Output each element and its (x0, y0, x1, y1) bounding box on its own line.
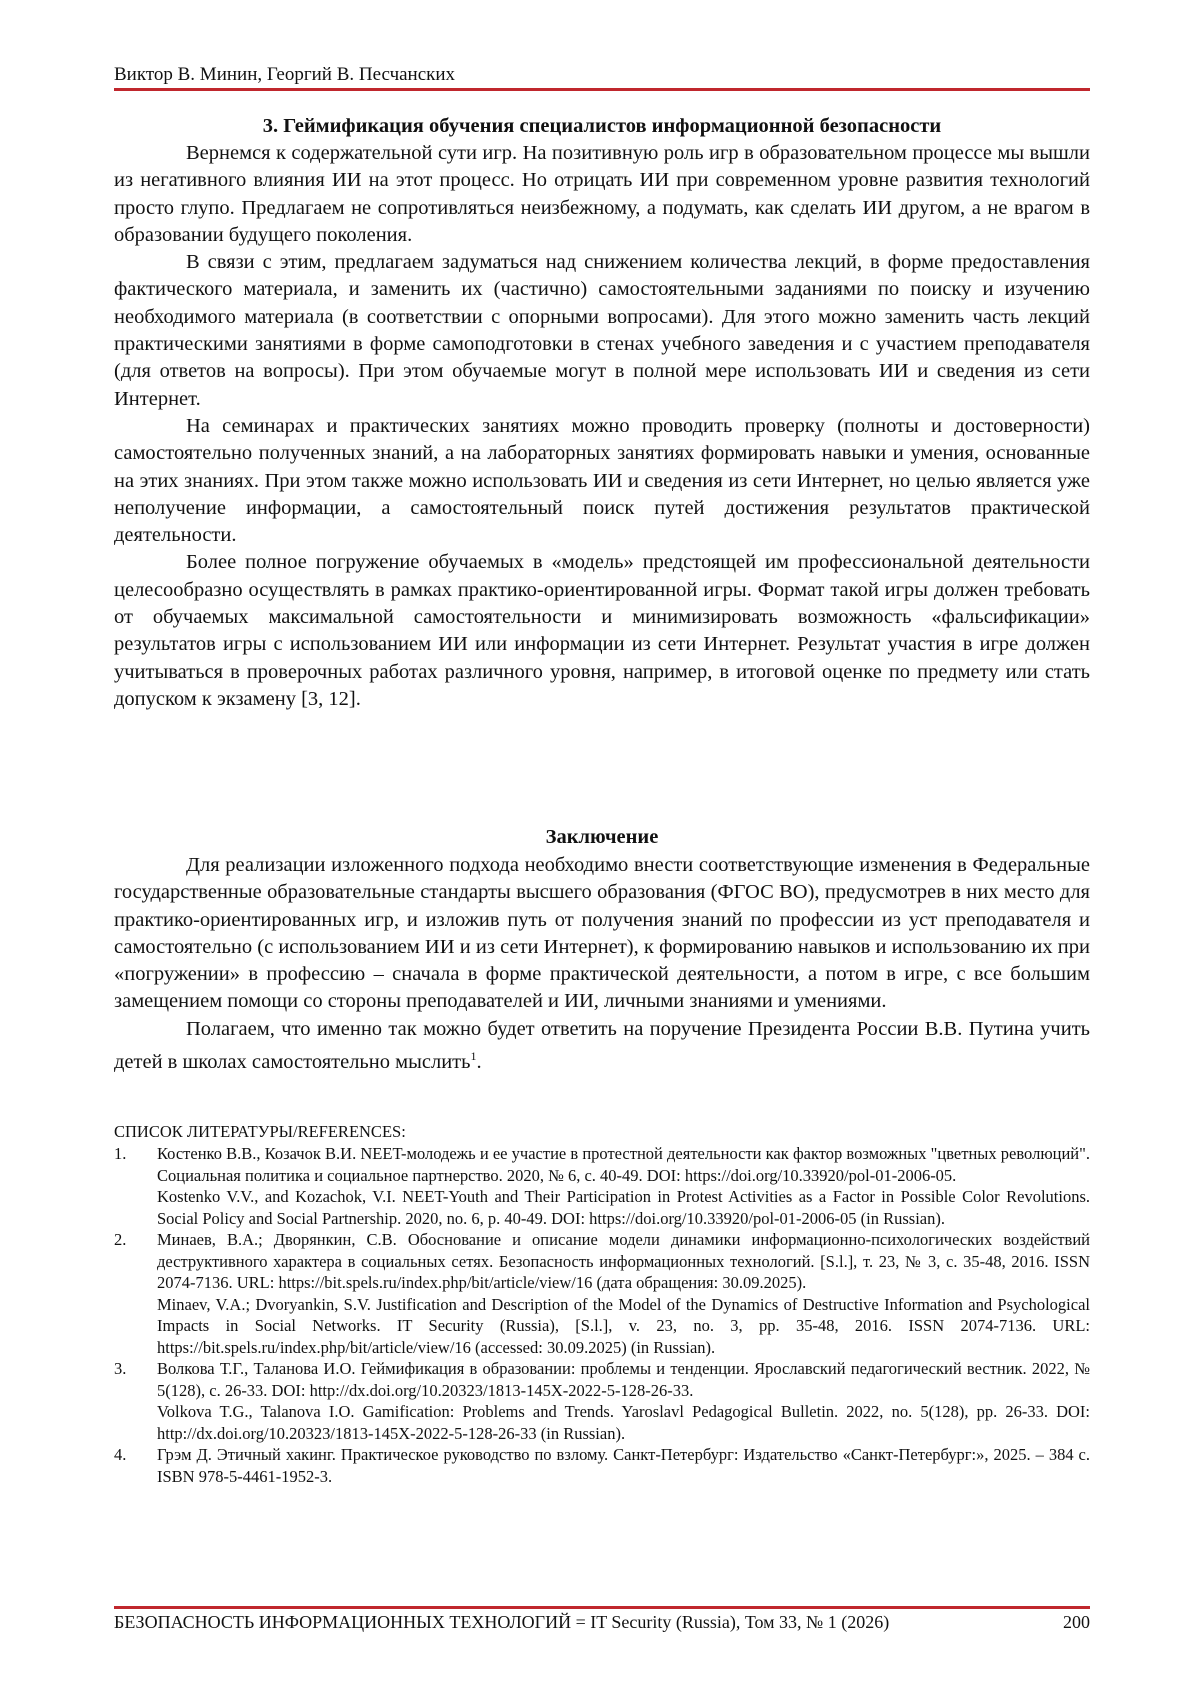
reference-ru: Минаев, В.А.; Дворянкин, С.В. Обосновани… (157, 1229, 1090, 1294)
references-list: 1. Костенко В.В., Козачок В.И. NEET-моло… (114, 1143, 1090, 1487)
reference-ru: Костенко В.В., Козачок В.И. NEET-молодеж… (157, 1143, 1090, 1186)
references-title: СПИСОК ЛИТЕРАТУРЫ/REFERENCES: (114, 1122, 406, 1142)
paragraph: В связи с этим, предлагаем задуматься на… (114, 249, 1090, 413)
reference-item: 4. Грэм Д. Этичный хакинг. Практическое … (114, 1444, 1090, 1487)
reference-item: 1. Костенко В.В., Козачок В.И. NEET-моло… (114, 1143, 1090, 1229)
paragraph: Вернемся к содержательной сути игр. На п… (114, 140, 1090, 249)
running-head-authors: Виктор В. Минин, Георгий В. Песчанских (114, 64, 455, 86)
section-body: Вернемся к содержательной сути игр. На п… (114, 140, 1090, 713)
reference-item: 3. Волкова Т.Г., Таланова И.О. Геймифика… (114, 1358, 1090, 1444)
reference-ru: Грэм Д. Этичный хакинг. Практическое рук… (157, 1444, 1090, 1487)
header-rule (114, 88, 1090, 91)
paragraph: Более полное погружение обучаемых в «мод… (114, 549, 1090, 713)
paragraph-text: Полагаем, что именно так можно будет отв… (114, 1018, 1090, 1073)
paragraph: Для реализации изложенного подхода необх… (114, 852, 1090, 1016)
conclusion-title: Заключение (114, 826, 1090, 849)
reference-number: 1. (114, 1143, 157, 1229)
reference-item: 2. Минаев, В.А.; Дворянкин, С.В. Обоснов… (114, 1229, 1090, 1358)
reference-ru: Волкова Т.Г., Таланова И.О. Геймификация… (157, 1358, 1090, 1401)
reference-number: 4. (114, 1444, 157, 1487)
paragraph: На семинарах и практических занятиях мож… (114, 413, 1090, 549)
reference-number: 3. (114, 1358, 157, 1444)
conclusion-body: Для реализации изложенного подхода необх… (114, 852, 1090, 1076)
punct: . (476, 1051, 481, 1073)
page-footer: БЕЗОПАСНОСТЬ ИНФОРМАЦИОННЫХ ТЕХНОЛОГИЙ =… (114, 1612, 1090, 1633)
reference-en: Minaev, V.A.; Dvoryankin, S.V. Justifica… (157, 1294, 1090, 1359)
journal-title: БЕЗОПАСНОСТЬ ИНФОРМАЦИОННЫХ ТЕХНОЛОГИЙ =… (114, 1612, 889, 1633)
paragraph: Полагаем, что именно так можно будет отв… (114, 1016, 1090, 1076)
section-title: 3. Геймификация обучения специалистов ин… (114, 115, 1090, 138)
reference-en: Volkova T.G., Talanova I.O. Gamification… (157, 1401, 1090, 1444)
reference-en: Kostenko V.V., and Kozachok, V.I. NEET-Y… (157, 1186, 1090, 1229)
reference-number: 2. (114, 1229, 157, 1358)
page-number: 200 (1063, 1612, 1090, 1633)
footer-rule (114, 1606, 1090, 1609)
